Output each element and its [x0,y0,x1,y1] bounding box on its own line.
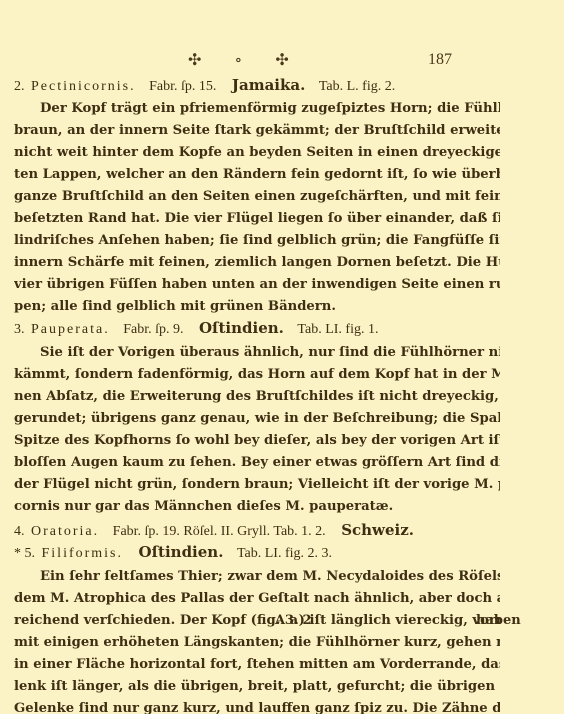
plate-reference: Tab. LI. fig. 1. [297,322,378,337]
text-line: beſetzten Rand hat. Die vier Flügel lieg… [14,207,500,230]
text-line: Gelenke ſind nur ganz kurz, und lauffen … [14,697,500,714]
locality: Oſtindien. [139,543,224,561]
text-line: nen Abſatz, die Erweiterung des Bruſtſch… [14,385,500,408]
text-line: ten Lappen, welcher an den Rändern fein … [14,163,500,186]
locality: Schweiz. [341,521,414,539]
entry-number: 4. [14,524,25,539]
signature-mark: A a 2 [275,613,312,628]
species-name: Filiformis. [42,546,124,561]
text-line: nicht weit hinter dem Kopfe an beyden Se… [14,141,500,164]
locality: Oſtindien. [199,319,284,337]
text-line: pen; alle ſind gelblich mit grünen Bände… [14,295,500,318]
text-line: der Flügel nicht grün, ſondern braun; Vi… [14,473,500,496]
fabricius-reference: Fabr. ſp. 19. Röſel. II. Gryll. Tab. 1. … [113,524,326,539]
text-line: dem M. Atrophica des Pallas der Geſtalt … [14,587,500,610]
entry-number: 2. [14,79,25,94]
text-line: Spitze des Kopfhorns ſo wohl bey dieſer,… [14,429,500,452]
entry-heading-filiformis: * 5. Filiformis. Oſtindien. Tab. LI. fig… [14,541,332,565]
text-line: Ein ſehr ſeltſames Thier; zwar dem M. Ne… [14,565,500,588]
entry-number: * 5. [14,546,35,561]
text-line: in einer Fläche horizontal fort, ſtehen … [14,653,500,676]
page-number: 187 [428,51,452,69]
text-line: braun, an der innern Seite ſtark gekämmt… [14,119,500,142]
entry-heading-pauperata: 3. Pauperata. Fabr. ſp. 9. Oſtindien. Ta… [14,317,378,341]
locality: Jamaika. [232,76,305,94]
species-name: Pauperata. [31,322,110,337]
entry-number: 3. [14,322,25,337]
text-line: vier übrigen Füſſen haben unten an der i… [14,273,500,296]
species-name: Oratoria. [31,524,99,539]
page-header: ✣ ∘ ✣ 187 [0,50,564,72]
fabricius-reference: Fabr. ſp. 15. [149,79,216,94]
text-line: ganze Bruſtſchild an den Seiten einen zu… [14,185,500,208]
text-line: Der Kopf trägt ein pfriemenförmig zugeſp… [14,97,500,120]
text-line: reichend verſchieden. Der Kopf (fig. 3.)… [14,609,500,632]
text-line: lindriſches Anſehen haben; ſie ſind gelb… [14,229,500,252]
fleuron-ornament: ✣ ∘ ✣ [188,50,303,69]
entry-heading-oratoria: 4. Oratoria. Fabr. ſp. 19. Röſel. II. Gr… [14,519,414,543]
text-line: mit einigen erhöheten Längskanten; die F… [14,631,500,654]
book-page: ✣ ∘ ✣ 187 2. Pectinicornis. Fabr. ſp. 15… [0,0,564,714]
text-line: bloſſen Augen kaum zu ſehen. Bey einer e… [14,451,500,474]
entry-heading-pectinicornis: 2. Pectinicornis. Fabr. ſp. 15. Jamaika.… [14,74,395,98]
text-line: kämmt, ſondern fadenförmig, das Horn auf… [14,363,500,386]
text-line: cornis nur gar das Männchen dieſes M. pa… [14,495,500,518]
species-name: Pectinicornis. [31,79,136,94]
catchword: haben [476,613,521,628]
text-line: gerundet; übrigens ganz genau, wie in de… [14,407,500,430]
fabricius-reference: Fabr. ſp. 9. [123,322,183,337]
plate-reference: Tab. L. fig. 2. [319,79,395,94]
plate-reference: Tab. LI. fig. 2. 3. [237,546,332,561]
text-line: innern Schärfe mit feinen, ziemlich lang… [14,251,500,274]
text-line: Sie iſt der Vorigen überaus ähnlich, nur… [14,341,500,364]
text-line: lenk iſt länger, als die übrigen, breit,… [14,675,500,698]
